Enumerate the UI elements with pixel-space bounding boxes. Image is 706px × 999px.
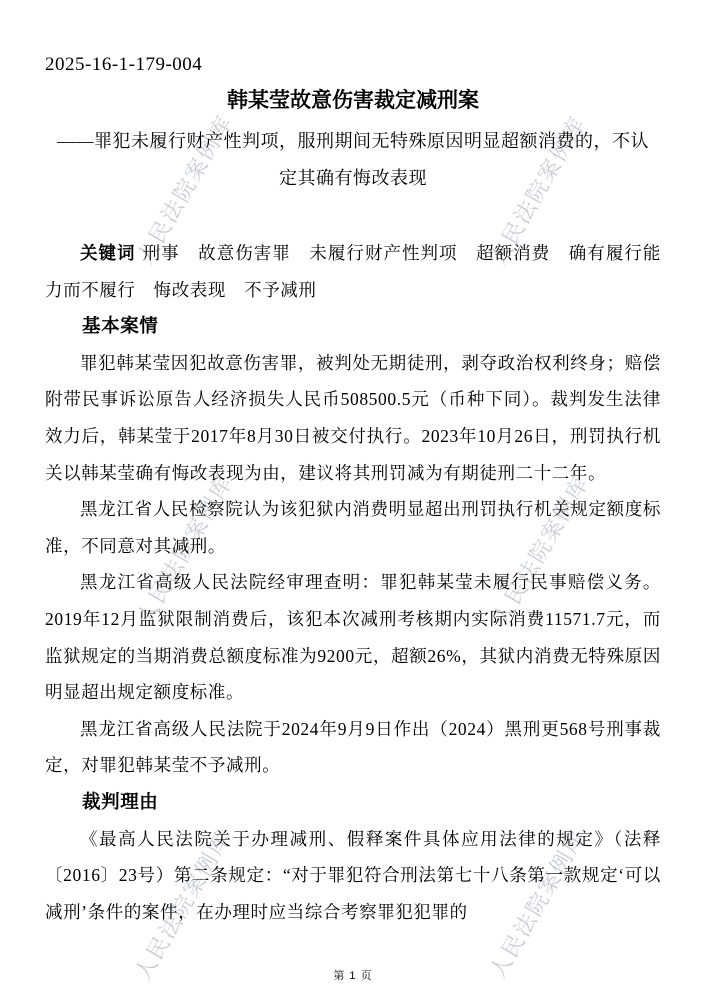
keywords-label: 关键词 (80, 243, 136, 263)
paragraph: 罪犯韩某莹因犯故意伤害罪，被判处无期徒刑，剥夺政治权利终身；赔偿附带民事诉讼原告… (45, 345, 661, 491)
document-page: 人民法院案例库人民法院案例库人民法院案例库人民法院案例库人民法院案例库人民法院案… (0, 0, 706, 999)
body-text: 关键词刑事 故意伤害罪 未履行财产性判项 超额消费 确有履行能力而不履行 悔改表… (45, 235, 661, 930)
case-number: 2025-16-1-179-004 (45, 53, 661, 77)
case-title: 韩某莹故意伤害裁定减刑案 (45, 88, 661, 114)
section-heading: 基本案情 (45, 308, 661, 345)
page-number-footer: 第 1 页 (0, 967, 706, 983)
paragraph: 《最高人民法院关于办理减刑、假释案件具体应用法律的规定》（法释〔2016〕23号… (45, 821, 661, 931)
document-content: 2025-16-1-179-004 韩某莹故意伤害裁定减刑案 ——罪犯未履行财产… (45, 53, 661, 930)
paragraph: 黑龙江省高级人民法院经审理查明：罪犯韩某莹未履行民事赔偿义务。2019年12月监… (45, 564, 661, 710)
paragraph: 黑龙江省人民检察院认为该犯狱内消费明显超出刑罚执行机关规定额度标准，不同意对其减… (45, 491, 661, 564)
sections: 基本案情罪犯韩某莹因犯故意伤害罪，被判处无期徒刑，剥夺政治权利终身；赔偿附带民事… (45, 308, 661, 930)
case-subtitle: ——罪犯未履行财产性判项，服刑期间无特殊原因明显超额消费的，不认定其确有悔改表现 (53, 123, 653, 197)
paragraph: 黑龙江省高级人民法院于2024年9月9日作出（2024）黑刑更568号刑事裁定，… (45, 711, 661, 784)
keywords-text: 刑事 故意伤害罪 未履行财产性判项 超额消费 确有履行能力而不履行 悔改表现 不… (45, 243, 661, 300)
section-heading: 裁判理由 (45, 784, 661, 821)
keywords-line: 关键词刑事 故意伤害罪 未履行财产性判项 超额消费 确有履行能力而不履行 悔改表… (45, 235, 661, 308)
